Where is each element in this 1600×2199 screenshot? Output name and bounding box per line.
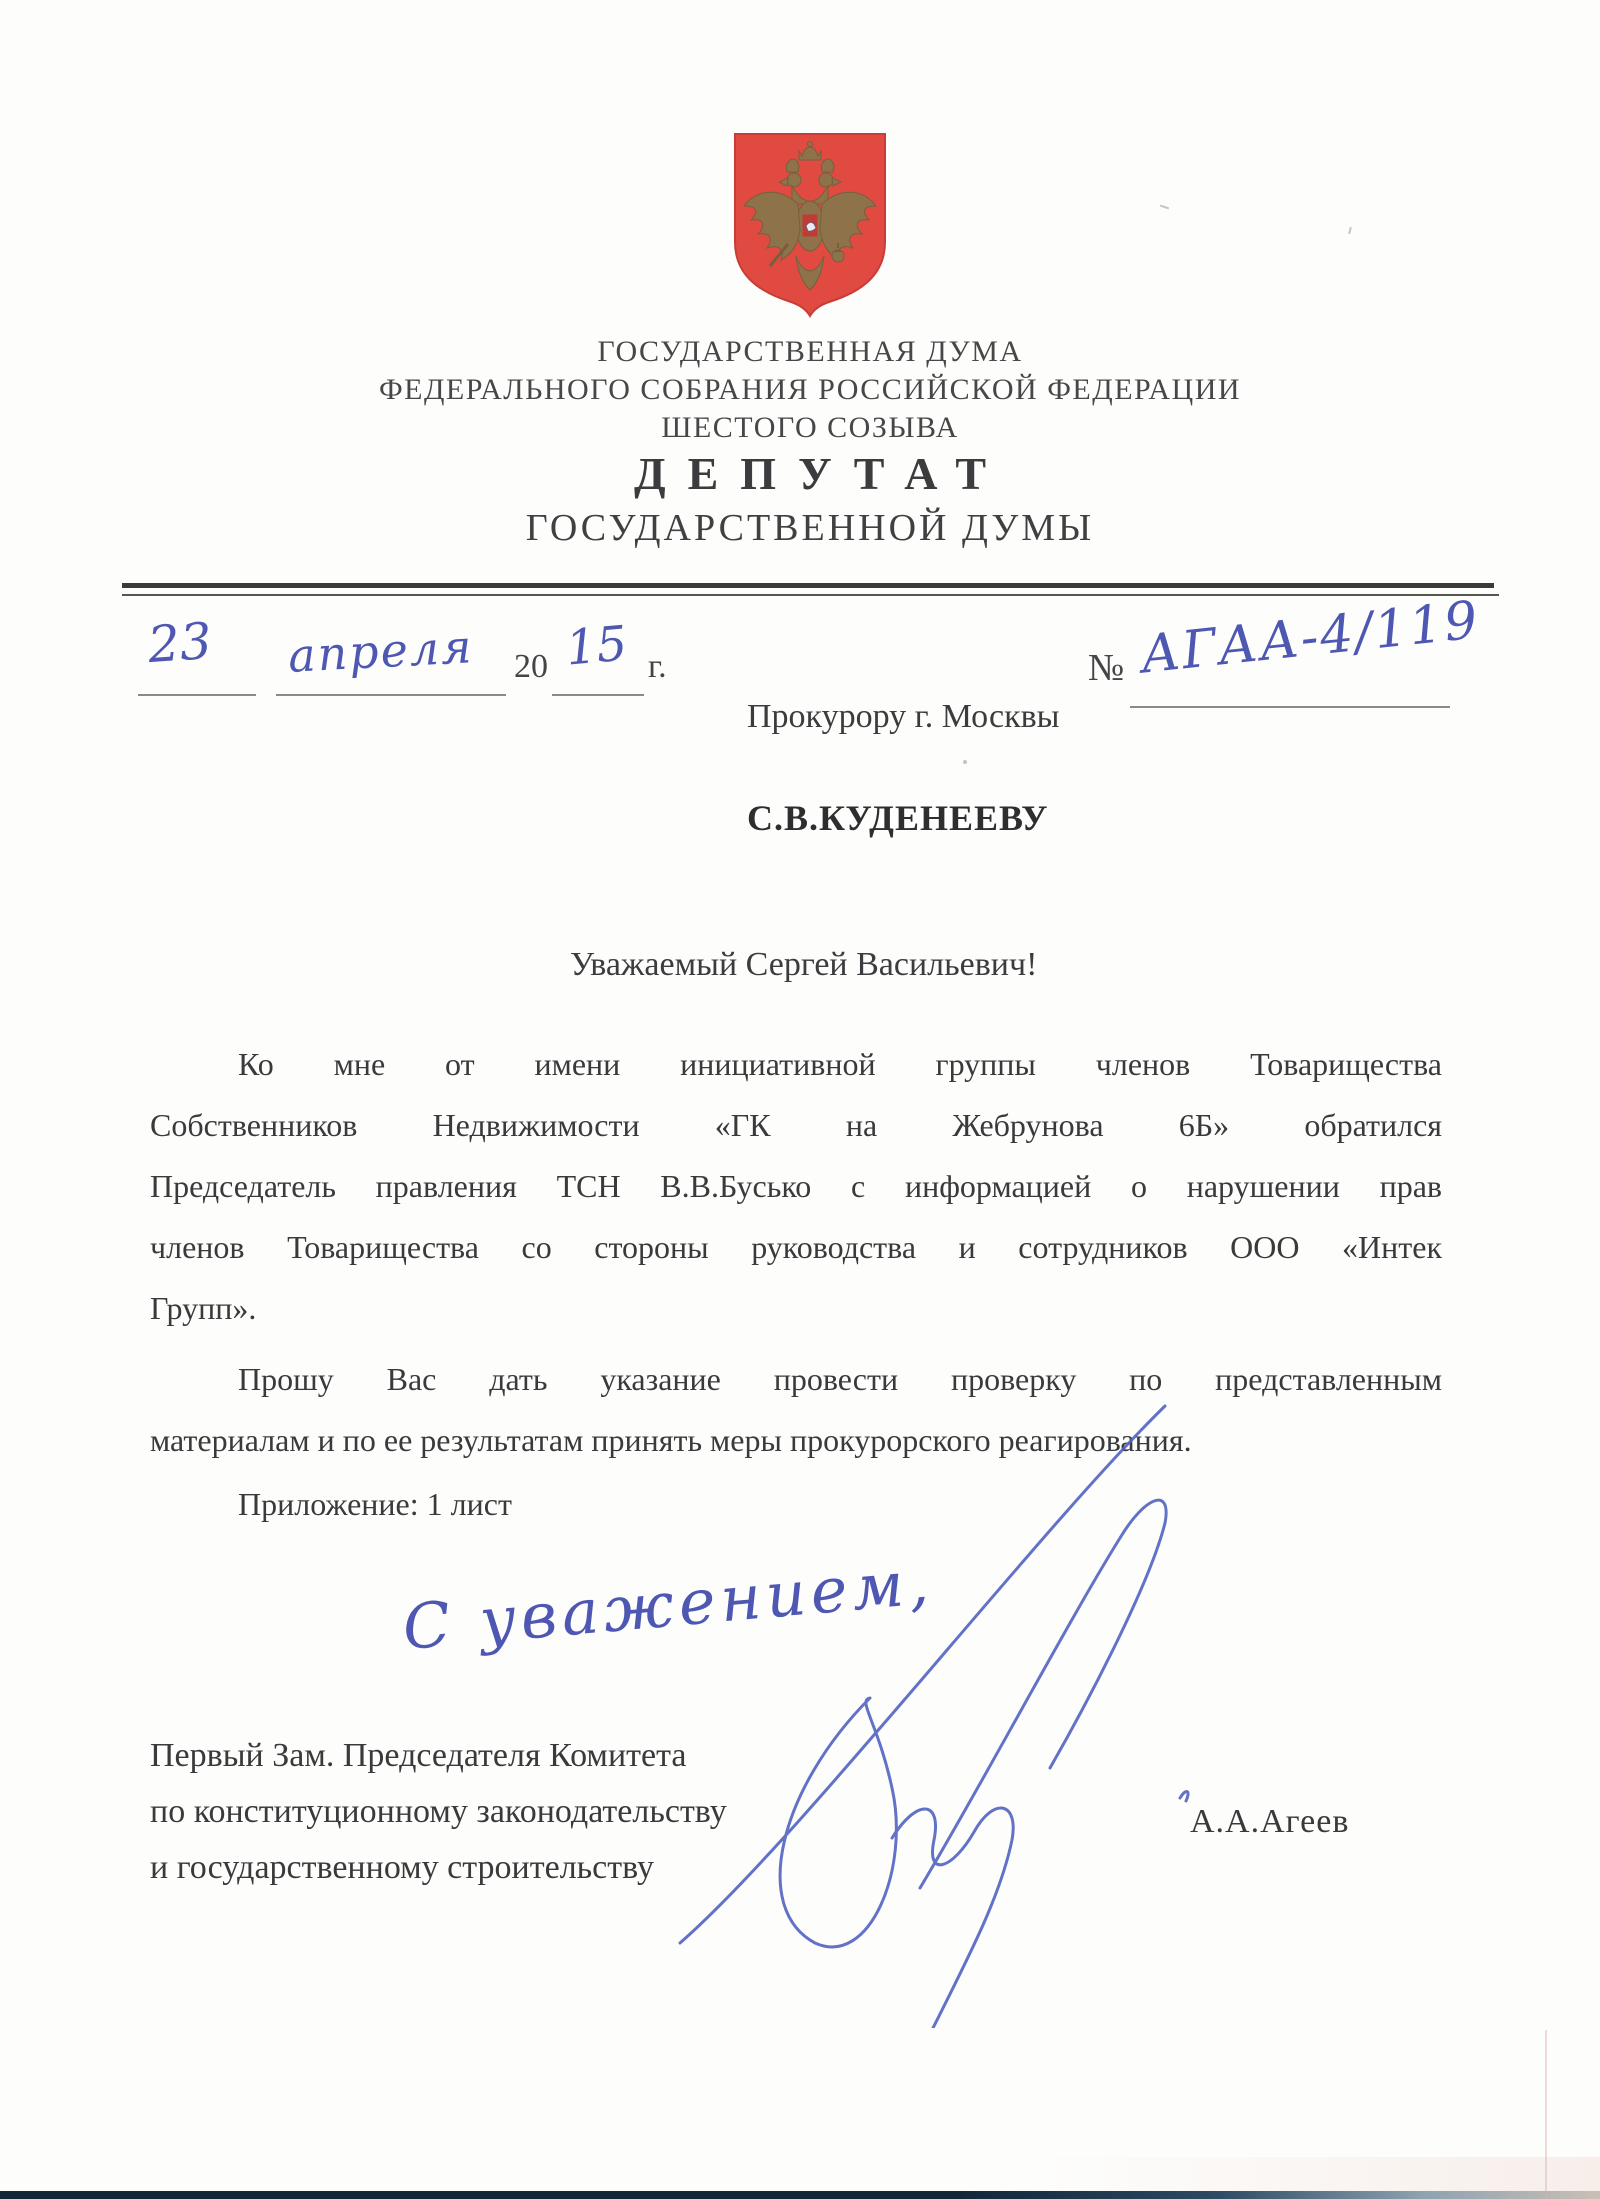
letterhead-org-block: ГОСУДАРСТВЕННАЯ ДУМА ФЕДЕРАЛЬНОГО СОБРАН… [20, 333, 1600, 447]
printed-date-suffix: г. [648, 648, 667, 686]
letterhead-subtitle: ГОСУДАРСТВЕННОЙ ДУМЫ [20, 506, 1600, 550]
handwritten-date-year: 15 [564, 615, 630, 676]
body-line: Собственников Недвижимости «ГК на Жебрун… [150, 1095, 1442, 1156]
scan-bottom-edge [0, 2191, 1600, 2199]
addressee-position: Прокурору г. Москвы [747, 698, 1060, 736]
handwritten-number: АГАА-4/119 [1138, 590, 1482, 685]
scanned-letter-page: ГОСУДАРСТВЕННАЯ ДУМА ФЕДЕРАЛЬНОГО СОБРАН… [0, 0, 1600, 2199]
scan-edge-tint [1040, 2157, 1600, 2191]
signer-title-line: Первый Зам. Председателя Комитета [150, 1728, 727, 1784]
russian-coat-of-arms-icon [728, 130, 892, 318]
scan-speck [963, 760, 967, 764]
body-line: Групп». [150, 1278, 1442, 1339]
date-day-underline [138, 694, 256, 696]
printed-date-century: 20 [514, 648, 548, 686]
body-line: Ко мне от имени инициативной группы член… [150, 1034, 1442, 1095]
handwritten-date-month: апреля [287, 619, 475, 683]
signer-title-line: и государственному строительству [150, 1840, 727, 1896]
scan-right-edge [1545, 2030, 1547, 2199]
number-underline [1130, 706, 1450, 708]
org-line-3: ШЕСТОГО СОЗЫВА [20, 409, 1600, 447]
scan-speck [1160, 205, 1169, 210]
letterhead-rule-thin [122, 594, 1499, 596]
handwritten-date-day: 23 [146, 612, 214, 674]
addressee-name: С.В.КУДЕНЕЕВУ [747, 797, 1049, 839]
salutation: Уважаемый Сергей Васильевич! [570, 946, 1037, 984]
date-month-underline [276, 694, 506, 696]
date-year-underline [552, 694, 644, 696]
letterhead-rule-thick [122, 583, 1494, 588]
body-line: Председатель правления ТСН В.В.Бусько с … [150, 1156, 1442, 1217]
signer-title-block: Первый Зам. Председателя Комитета по кон… [150, 1728, 727, 1896]
signer-name: А.А.Агеев [1190, 1803, 1349, 1841]
scan-speck [1348, 227, 1352, 234]
signer-title-line: по конституционному законодательству [150, 1784, 727, 1840]
signature-flourish-icon [620, 1368, 1380, 2028]
org-line-2: ФЕДЕРАЛЬНОГО СОБРАНИЯ РОССИЙСКОЙ ФЕДЕРАЦ… [20, 371, 1600, 409]
org-line-1: ГОСУДАРСТВЕННАЯ ДУМА [20, 333, 1600, 371]
body-line: членов Товарищества со стороны руководст… [150, 1217, 1442, 1278]
number-sign: № [1088, 646, 1124, 690]
letterhead-title: ДЕПУТАТ [20, 447, 1600, 500]
